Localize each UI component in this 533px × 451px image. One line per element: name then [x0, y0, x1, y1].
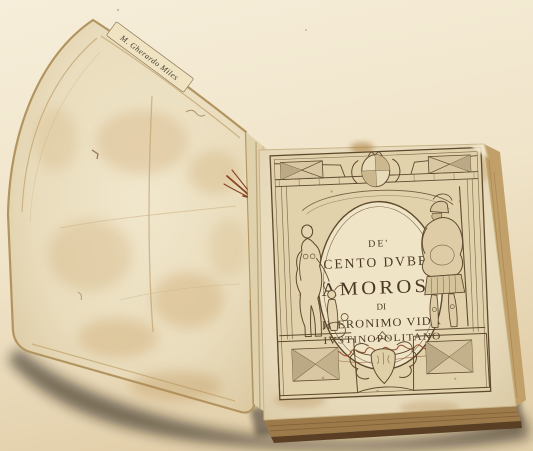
title-line-di: DI — [376, 301, 386, 311]
corner-panel-left — [280, 161, 323, 180]
mars-left-leg — [429, 294, 438, 327]
photograph-antique-book: M. Gherardo Miles — [0, 0, 533, 451]
backdrop-speck — [117, 9, 119, 11]
mars-torso — [420, 217, 463, 277]
title-page: DE' CENTO DVBBI AMOROSI DI HIERONIMO VID… — [259, 142, 526, 443]
title-line-de: DE' — [368, 238, 390, 250]
backdrop-speck — [305, 29, 307, 31]
book-photo-canvas: M. Gherardo Miles — [0, 0, 533, 451]
corner-panel-right — [428, 155, 471, 174]
engraving: DE' CENTO DVBBI AMOROSI DI HIERONIMO VID… — [270, 147, 491, 399]
mars-skirt — [424, 274, 465, 295]
